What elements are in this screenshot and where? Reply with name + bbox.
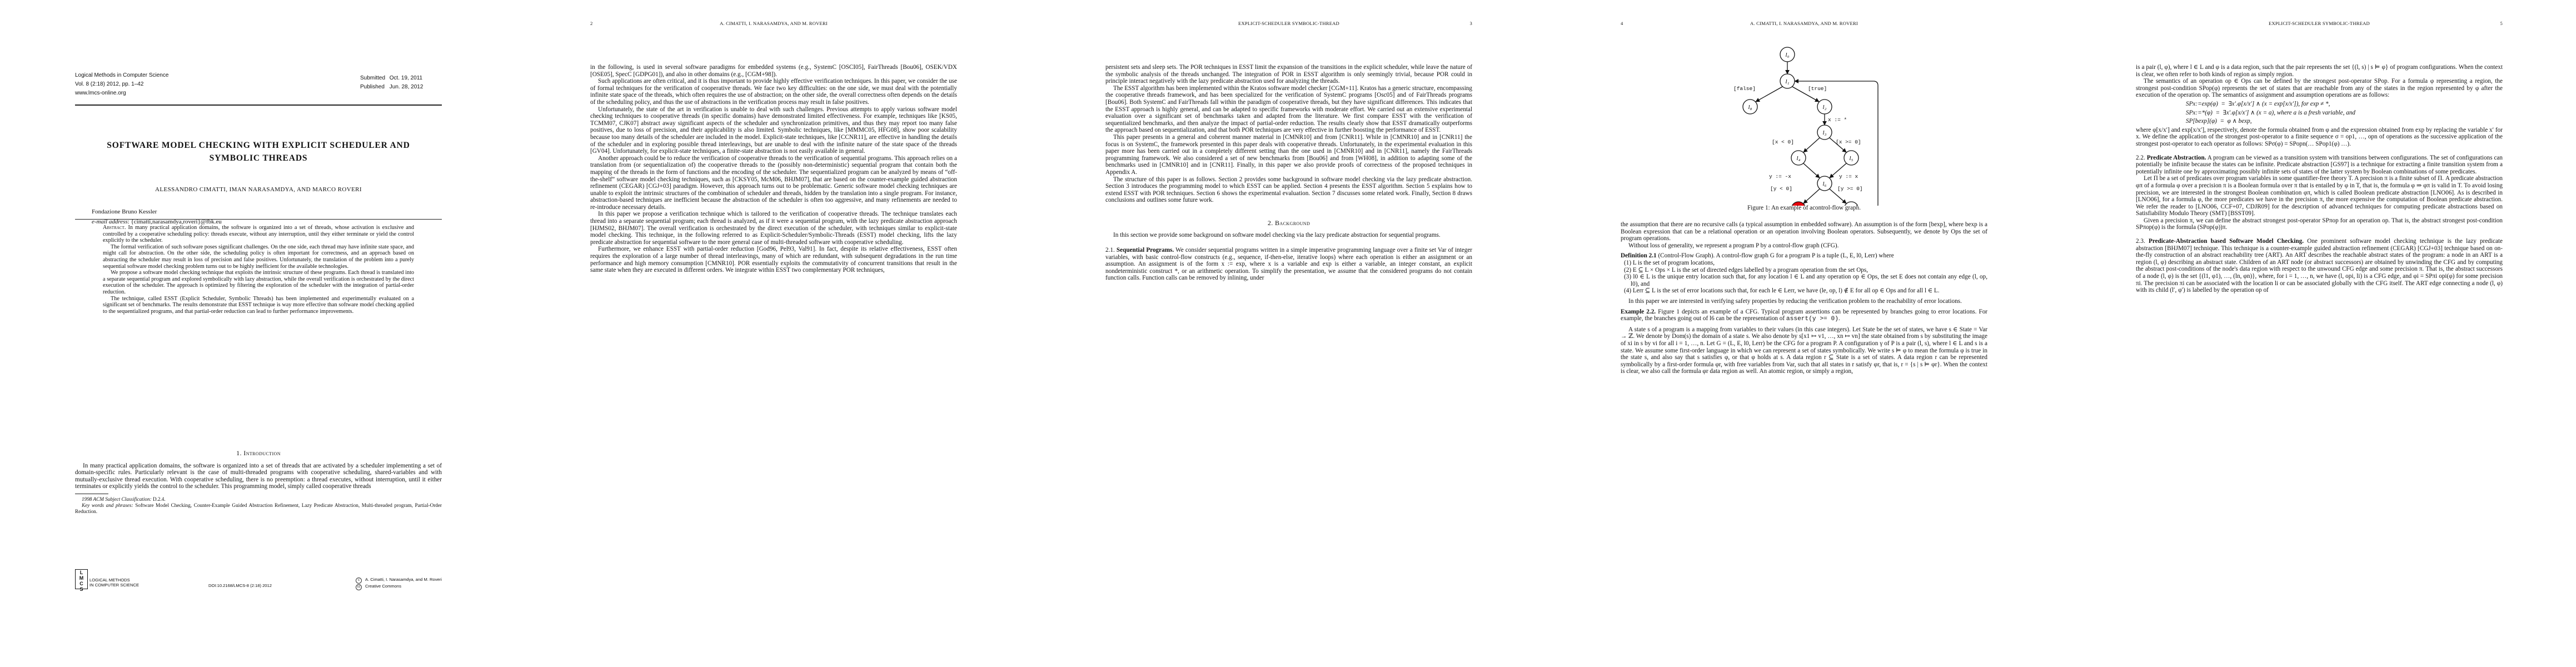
submitted-date: Oct. 19, 2011	[390, 75, 422, 81]
abstract-label: Abstract.	[103, 225, 126, 231]
published-label: Published	[360, 83, 388, 92]
definition-text: A control-flow graph G for a program P i…	[1716, 252, 1894, 259]
logo-caption-line: LOGICAL METHODS	[89, 578, 139, 583]
paragraph: is a pair (l, φ), where l ∈ L and φ is a…	[2136, 64, 2503, 78]
affiliation-block: Fondazione Bruno Kessler e-mail address:…	[92, 207, 222, 227]
page-4-body: the assumption that there are no recursi…	[1621, 221, 1987, 375]
svg-text:[x >= 0]: [x >= 0]	[1836, 139, 1861, 145]
keywords-label: Key words and phrases:	[82, 502, 133, 508]
svg-text:l₂: l₂	[1823, 104, 1827, 111]
page-2: 2 A. CIMATTI, I. NARASAMDYA, AND M. ROVE…	[515, 0, 1030, 667]
paragraph: The semantics of an operation op ∈ Ops c…	[2136, 78, 2503, 99]
svg-text:l₆: l₆	[1823, 181, 1827, 187]
svg-text:[false]: [false]	[1733, 86, 1756, 92]
cfg-nodes	[1743, 47, 1858, 206]
publication-dates: Submitted Oct. 19, 2011 Published Jun. 2…	[360, 74, 423, 92]
copyright-block: cA. Cimatti, I. Narasamdya, and M. Rover…	[356, 577, 442, 590]
paragraph: in the following, is used in several sof…	[590, 64, 957, 78]
example: Example 2.2. Figure 1 depicts an example…	[1621, 308, 1987, 323]
abstract-paragraph: The formal verification of such software…	[103, 244, 414, 270]
doi[interactable]: DOI:10.2168/LMCS-8 (2:18) 2012	[208, 583, 272, 588]
title-line-2: SYMBOLIC THREADS	[75, 152, 442, 165]
submitted-label: Submitted	[360, 74, 388, 83]
affiliation: Fondazione Bruno Kessler	[92, 207, 222, 217]
example-end: .	[1838, 315, 1840, 322]
page-number: 5	[2500, 21, 2503, 26]
copyright-holders: A. Cimatti, I. Narasamdya, and M. Roveri	[365, 577, 442, 582]
subsection-number: 2.1.	[1105, 247, 1115, 253]
definition-items: (1) L is the set of program locations, (…	[1621, 260, 1987, 295]
subsection-number: 2.3.	[2136, 238, 2145, 245]
footnote-rule	[75, 494, 108, 494]
example-label: Example 2.2.	[1621, 308, 1656, 315]
paragraph: Such applications are often critical, an…	[590, 78, 957, 106]
logo-caption-line: IN COMPUTER SCIENCE	[89, 583, 139, 588]
paragraph: A state s of a program is a mapping from…	[1621, 326, 1987, 375]
paragraph: where φ[x/x′] and exp[x/x′], respectivel…	[2136, 127, 2503, 148]
journal-info: Logical Methods in Computer Science Vol.…	[75, 71, 168, 98]
svg-text:[y >= 0]: [y >= 0]	[1837, 186, 1863, 192]
abstract-paragraph: In many practical application domains, t…	[103, 225, 414, 243]
page-5: EXPLICIT-SCHEDULER SYMBOLIC-THREAD 5 is …	[2061, 0, 2576, 667]
paragraph: In this paper we propose a verification …	[590, 211, 957, 246]
figure-caption: Figure 1: An example of acontrol-flow gr…	[1621, 205, 1987, 211]
subsection-title: Predicate-Abstraction based Software Mod…	[2149, 238, 2304, 245]
page-5-body: is a pair (l, φ), where l ∈ L and φ is a…	[2136, 64, 2503, 294]
subsection-title: Predicate Abstraction.	[2147, 155, 2206, 161]
paragraph: persistent sets and sleep sets. The POR …	[1105, 64, 1472, 85]
lmcs-footer: LMCS LOGICAL METHODS IN COMPUTER SCIENCE…	[75, 569, 442, 591]
running-head: A. CIMATTI, I. NARASAMDYA, AND M. ROVERI	[1621, 21, 1987, 26]
equation: SP[bexp](φ) = φ ∧ bexp,	[2186, 118, 2503, 125]
paragraph: The structure of this paper is as follow…	[1105, 176, 1472, 204]
published-date: Jun. 28, 2012	[390, 84, 423, 90]
acm-label: 1998 ACM Subject Classification:	[82, 496, 152, 502]
running-head: EXPLICIT-SCHEDULER SYMBOLIC-THREAD	[1105, 21, 1472, 26]
subsection-2-2: 2.2. Predicate Abstraction. A program ca…	[2136, 155, 2503, 176]
example-code: assert(y >= 0)	[1786, 316, 1838, 322]
page-2-body: in the following, is used in several sof…	[590, 64, 957, 274]
section-heading: 2. Background	[1105, 220, 1472, 227]
subsection-title: Sequential Programs.	[1117, 247, 1174, 253]
svg-text:[true]: [true]	[1808, 86, 1827, 92]
lmcs-logo-caption: LOGICAL METHODS IN COMPUTER SCIENCE	[89, 578, 139, 588]
definition-title: (Control-Flow Graph).	[1658, 252, 1715, 259]
svg-text:l₁: l₁	[1786, 78, 1790, 85]
equation: SPx:=*(φ) = ∃x′.φ[x/x′] ∧ (x = a), where…	[2186, 109, 2503, 117]
paragraph: This paper presents in a general and coh…	[1105, 134, 1472, 176]
running-head: A. CIMATTI, I. NARASAMDYA, AND M. ROVERI	[590, 21, 957, 26]
subsection-number: 2.2.	[2136, 155, 2145, 161]
svg-text:l₃: l₃	[1823, 130, 1827, 136]
journal-name: Logical Methods in Computer Science	[75, 71, 168, 80]
svg-text:l₅: l₅	[1850, 155, 1853, 162]
definition-item: (2) E ⊆ L × Ops × L is the set of direct…	[1621, 267, 1987, 274]
paper-title: SOFTWARE MODEL CHECKING WITH EXPLICIT SC…	[75, 139, 442, 165]
definition-item: (4) Lerr ⊆ L is the set of error locatio…	[1621, 287, 1987, 295]
license[interactable]: Creative Commons	[365, 584, 401, 589]
running-head: EXPLICIT-SCHEDULER SYMBOLIC-THREAD	[2136, 21, 2503, 26]
title-line-1: SOFTWARE MODEL CHECKING WITH EXPLICIT SC…	[75, 139, 442, 152]
control-flow-graph-figure: l₀ l₁ l₈ l₂ l₃ l₄ l₅ l₆ lₑ l₇ [false] [t…	[1701, 39, 1912, 206]
introduction: 1. Introduction In many practical applic…	[75, 442, 442, 515]
header-rule	[75, 104, 442, 106]
paragraph: the assumption that there are no recursi…	[1621, 221, 1987, 242]
creative-commons-icon: cc	[356, 584, 362, 590]
footnotes: 1998 ACM Subject Classification: D.2.4. …	[75, 496, 442, 515]
lmcs-logo-icon: LMCS	[75, 569, 88, 589]
page-number: 3	[1470, 21, 1473, 26]
svg-text:y := x: y := x	[1839, 173, 1858, 180]
definition-item: (3) l0 ∈ L is the unique entry location …	[1621, 273, 1987, 287]
copyright-icon: c	[356, 578, 362, 584]
section-heading: 1. Introduction	[75, 450, 442, 457]
journal-url[interactable]: www.lmcs-online.org	[75, 89, 168, 98]
intro-paragraph: In many practical application domains, t…	[75, 462, 442, 490]
svg-text:x := *: x := *	[1828, 117, 1847, 123]
paragraph: Unfortunately, the state of the art in v…	[590, 106, 957, 155]
paragraph: The ESST algorithm has been implemented …	[1105, 85, 1472, 134]
svg-text:l₈: l₈	[1748, 104, 1752, 111]
paragraph: Without loss of generality, we represent…	[1621, 242, 1987, 250]
equation: SPx:=exp(φ) = ∃x′.φ[x/x′] ∧ (x = exp[x/x…	[2186, 101, 2503, 108]
definition-label: Definition 2.1	[1621, 252, 1657, 259]
svg-text:[y < 0]: [y < 0]	[1770, 186, 1792, 192]
paper-authors: ALESSANDRO CIMATTI, IMAN NARASAMDYA, AND…	[75, 186, 442, 193]
paragraph: In this section we provide some backgrou…	[1105, 232, 1472, 239]
page-3-body: persistent sets and sleep sets. The POR …	[1105, 64, 1472, 282]
affiliation-rule	[75, 219, 442, 220]
svg-text:y := -x: y := -x	[1769, 173, 1791, 180]
svg-text:[x < 0]: [x < 0]	[1772, 139, 1794, 145]
page-1: Logical Methods in Computer Science Vol.…	[0, 0, 515, 667]
abstract: Abstract. In many practical application …	[103, 225, 414, 315]
svg-text:l₀: l₀	[1786, 52, 1790, 58]
definition-item: (1) L is the set of program locations,	[1621, 260, 1987, 267]
page-3: EXPLICIT-SCHEDULER SYMBOLIC-THREAD 3 per…	[1030, 0, 1546, 667]
acm-classification: D.2.4.	[152, 496, 166, 502]
svg-text:l₄: l₄	[1797, 155, 1801, 162]
paragraph: Furthermore, we enhance ESST with partia…	[590, 246, 957, 273]
definition: Definition 2.1 (Control-Flow Graph). A c…	[1621, 252, 1987, 260]
journal-volume: Vol. 8 (2:18) 2012, pp. 1–42	[75, 80, 168, 89]
paragraph: Another approach could be to reduce the …	[590, 155, 957, 211]
paragraph: Given a precision π, we can define the a…	[2136, 217, 2503, 231]
subsection-text: One prominent software model checking te…	[2136, 238, 2503, 293]
subsection-2-3: 2.3. Predicate-Abstraction based Softwar…	[2136, 238, 2503, 294]
page-4: 4 A. CIMATTI, I. NARASAMDYA, AND M. ROVE…	[1546, 0, 2061, 667]
subsection: 2.1. Sequential Programs. We consider se…	[1105, 247, 1472, 282]
paragraph: Let Π be a set of predicates over progra…	[2136, 175, 2503, 217]
abstract-paragraph: The technique, called ESST (Explicit Sch…	[103, 296, 414, 315]
abstract-paragraph: We propose a software model checking tec…	[103, 270, 414, 295]
paragraph: In this paper we are interested in verif…	[1621, 298, 1987, 305]
